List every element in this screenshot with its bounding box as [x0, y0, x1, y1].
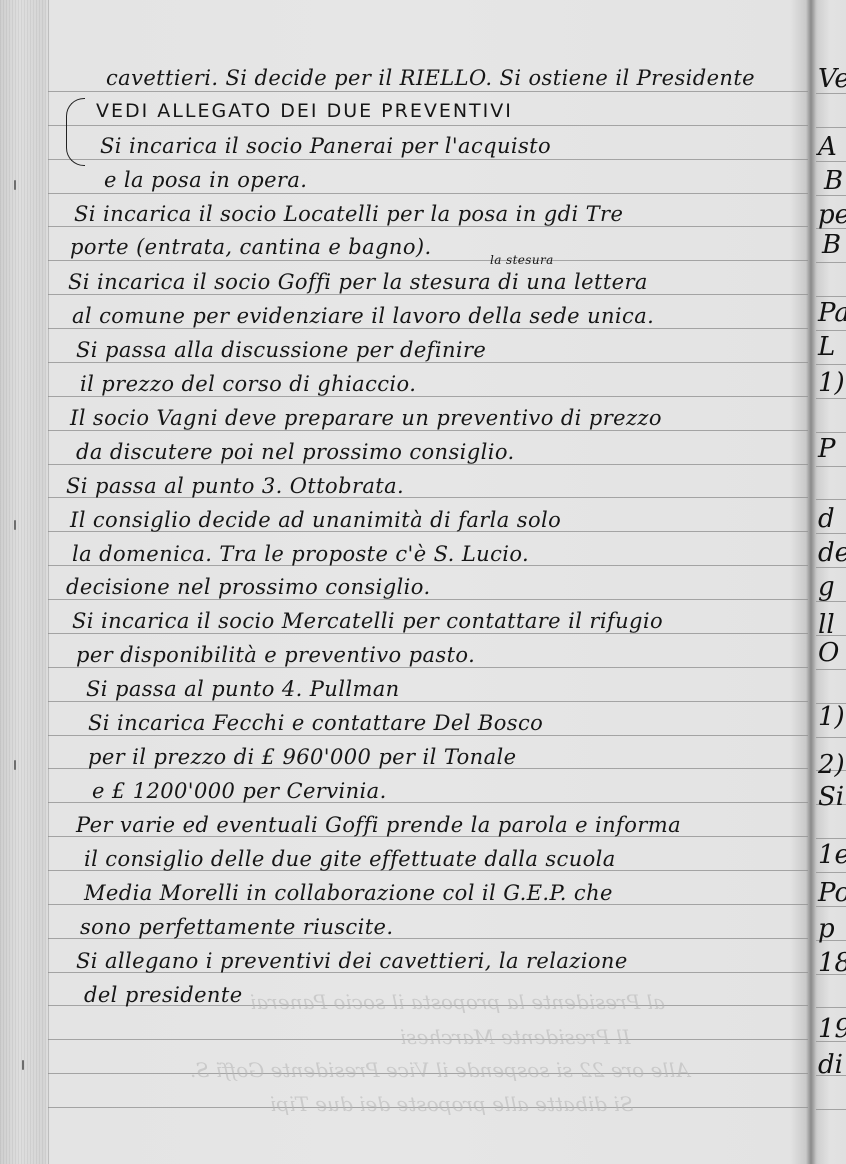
bleed-through-text: Si dibatte alle proposte dei due Tipi — [270, 1092, 634, 1116]
adjacent-page-fragment: g — [818, 574, 835, 600]
bleed-through-text: al Presidente la proposta il socio Paner… — [250, 990, 665, 1014]
rule-line — [816, 1109, 846, 1110]
rule-line — [48, 430, 808, 431]
rule-line — [48, 735, 808, 736]
rule-line — [816, 737, 846, 738]
binding-mark — [14, 520, 16, 530]
rule-line — [48, 464, 808, 465]
interlinear-correction: la stesura — [490, 254, 554, 266]
rule-line — [816, 262, 846, 263]
handwritten-line: Per varie ed eventuali Goffi prende la p… — [76, 815, 681, 836]
adjacent-page-fragment: 19 — [818, 1016, 846, 1042]
handwritten-line: Si passa alla discussione per definire — [76, 340, 486, 361]
adjacent-page-fragment: L — [818, 334, 835, 360]
adjacent-page-fragment: Po — [818, 880, 846, 906]
bleed-through-text: Alle ore 22 si sospende il Vice Presiden… — [190, 1058, 690, 1082]
page-fold-shadow — [806, 0, 816, 1164]
rule-line — [48, 294, 808, 295]
handwritten-line: il consiglio delle due gite effettuate d… — [84, 849, 616, 870]
rule-line — [48, 362, 808, 363]
notebook-page: al Presidente la proposta il socio Paner… — [0, 0, 846, 1164]
rule-line — [48, 599, 808, 600]
handwritten-line: Si incarica il socio Locatelli per la po… — [74, 204, 623, 225]
handwritten-line: sono perfettamente riuscite. — [80, 917, 393, 938]
binding-gutter — [0, 0, 49, 1164]
rule-line — [48, 701, 808, 702]
handwritten-line: al comune per evidenziare il lavoro dell… — [72, 306, 654, 327]
rule-line — [48, 396, 808, 397]
handwritten-line: VEDI ALLEGATO DEI DUE PREVENTIVI — [96, 102, 513, 121]
rule-line — [48, 193, 808, 194]
adjacent-page-fragment: B — [822, 232, 841, 258]
adjacent-page-fragment: di — [818, 1052, 843, 1078]
adjacent-page-fragment: 1) — [818, 370, 845, 396]
rule-line — [816, 499, 846, 500]
handwritten-line: il prezzo del corso di ghiaccio. — [80, 374, 416, 395]
adjacent-page-fragment: ll — [818, 612, 835, 638]
rule-line — [816, 398, 846, 399]
adjacent-page-fragment: p — [818, 916, 835, 942]
handwritten-line: e £ 1200'000 per Cervinia. — [92, 781, 387, 802]
adjacent-page-fragment: pe — [818, 202, 846, 228]
adjacent-page-fragment: P — [818, 436, 836, 462]
adjacent-page-fragment: 18 — [818, 950, 846, 976]
handwritten-line: cavettieri. Si decide per il RIELLO. Si … — [106, 68, 755, 89]
handwritten-line: Il consiglio decide ad unanimità di farl… — [70, 510, 561, 531]
handwritten-line: Si incarica il socio Goffi per la stesur… — [68, 272, 648, 293]
rule-line — [816, 466, 846, 467]
rule-line — [48, 226, 808, 227]
handwritten-line: del presidente — [84, 985, 243, 1006]
handwritten-line: Media Morelli in collaborazione col il G… — [84, 883, 613, 904]
handwritten-line: Si passa al punto 3. Ottobrata. — [66, 476, 404, 497]
adjacent-page-fragment: 1) — [818, 704, 845, 730]
binding-mark — [14, 760, 16, 770]
rule-line — [816, 330, 846, 331]
handwritten-line: per il prezzo di £ 960'000 per il Tonale — [88, 747, 516, 768]
bleed-through-text: Il Presidente Marchesi — [400, 1025, 630, 1049]
binding-mark — [14, 180, 16, 190]
adjacent-page-fragment: Si — [818, 784, 844, 810]
rule-line — [816, 1007, 846, 1008]
rule-line — [816, 838, 846, 839]
rule-line — [48, 328, 808, 329]
handwritten-line: la domenica. Tra le proposte c'è S. Luci… — [72, 544, 529, 565]
rule-line — [816, 432, 846, 433]
rule-line — [816, 127, 846, 128]
rule-line — [816, 872, 846, 873]
handwritten-line: Si allegano i preventivi dei cavettieri,… — [76, 951, 628, 972]
handwritten-line: Si incarica il socio Mercatelli per cont… — [72, 611, 663, 632]
rule-line — [48, 633, 808, 634]
rule-line — [48, 667, 808, 668]
handwritten-line: da discutere poi nel prossimo consiglio. — [76, 442, 515, 463]
handwritten-line: per disponibilità e preventivo pasto. — [76, 645, 475, 666]
rule-line — [816, 669, 846, 670]
adjacent-page-fragment: d — [818, 506, 835, 532]
adjacent-page-fragment: 2) — [818, 752, 845, 778]
adjacent-page-fragment: de — [818, 540, 846, 566]
handwritten-line: decisione nel prossimo consiglio. — [66, 577, 431, 598]
rule-line — [48, 159, 808, 160]
handwritten-line: Si incarica Fecchi e contattare Del Bosc… — [88, 713, 543, 734]
margin-bracket — [66, 98, 85, 166]
rule-line — [816, 296, 846, 297]
adjacent-page-fragment: A — [818, 134, 837, 160]
handwritten-line: porte (entrata, cantina e bagno). — [70, 237, 432, 258]
handwritten-line: Si incarica il socio Panerai per l'acqui… — [100, 136, 551, 157]
handwritten-line: e la posa in opera. — [104, 170, 307, 191]
rule-line — [48, 260, 808, 261]
adjacent-page-fragment: O — [818, 640, 839, 666]
binding-mark — [22, 1060, 24, 1070]
rule-line — [48, 125, 808, 126]
adjacent-page-fragment: 1e — [818, 842, 846, 868]
adjacent-page-fragment: Ve — [818, 66, 846, 92]
rule-line — [48, 91, 808, 92]
adjacent-page-fragment: Pa — [818, 300, 846, 326]
adjacent-page-fragment: B — [824, 168, 843, 194]
handwritten-line: Si passa al punto 4. Pullman — [86, 679, 400, 700]
handwritten-line: Il socio Vagni deve preparare un prevent… — [70, 408, 662, 429]
rule-line — [816, 364, 846, 365]
